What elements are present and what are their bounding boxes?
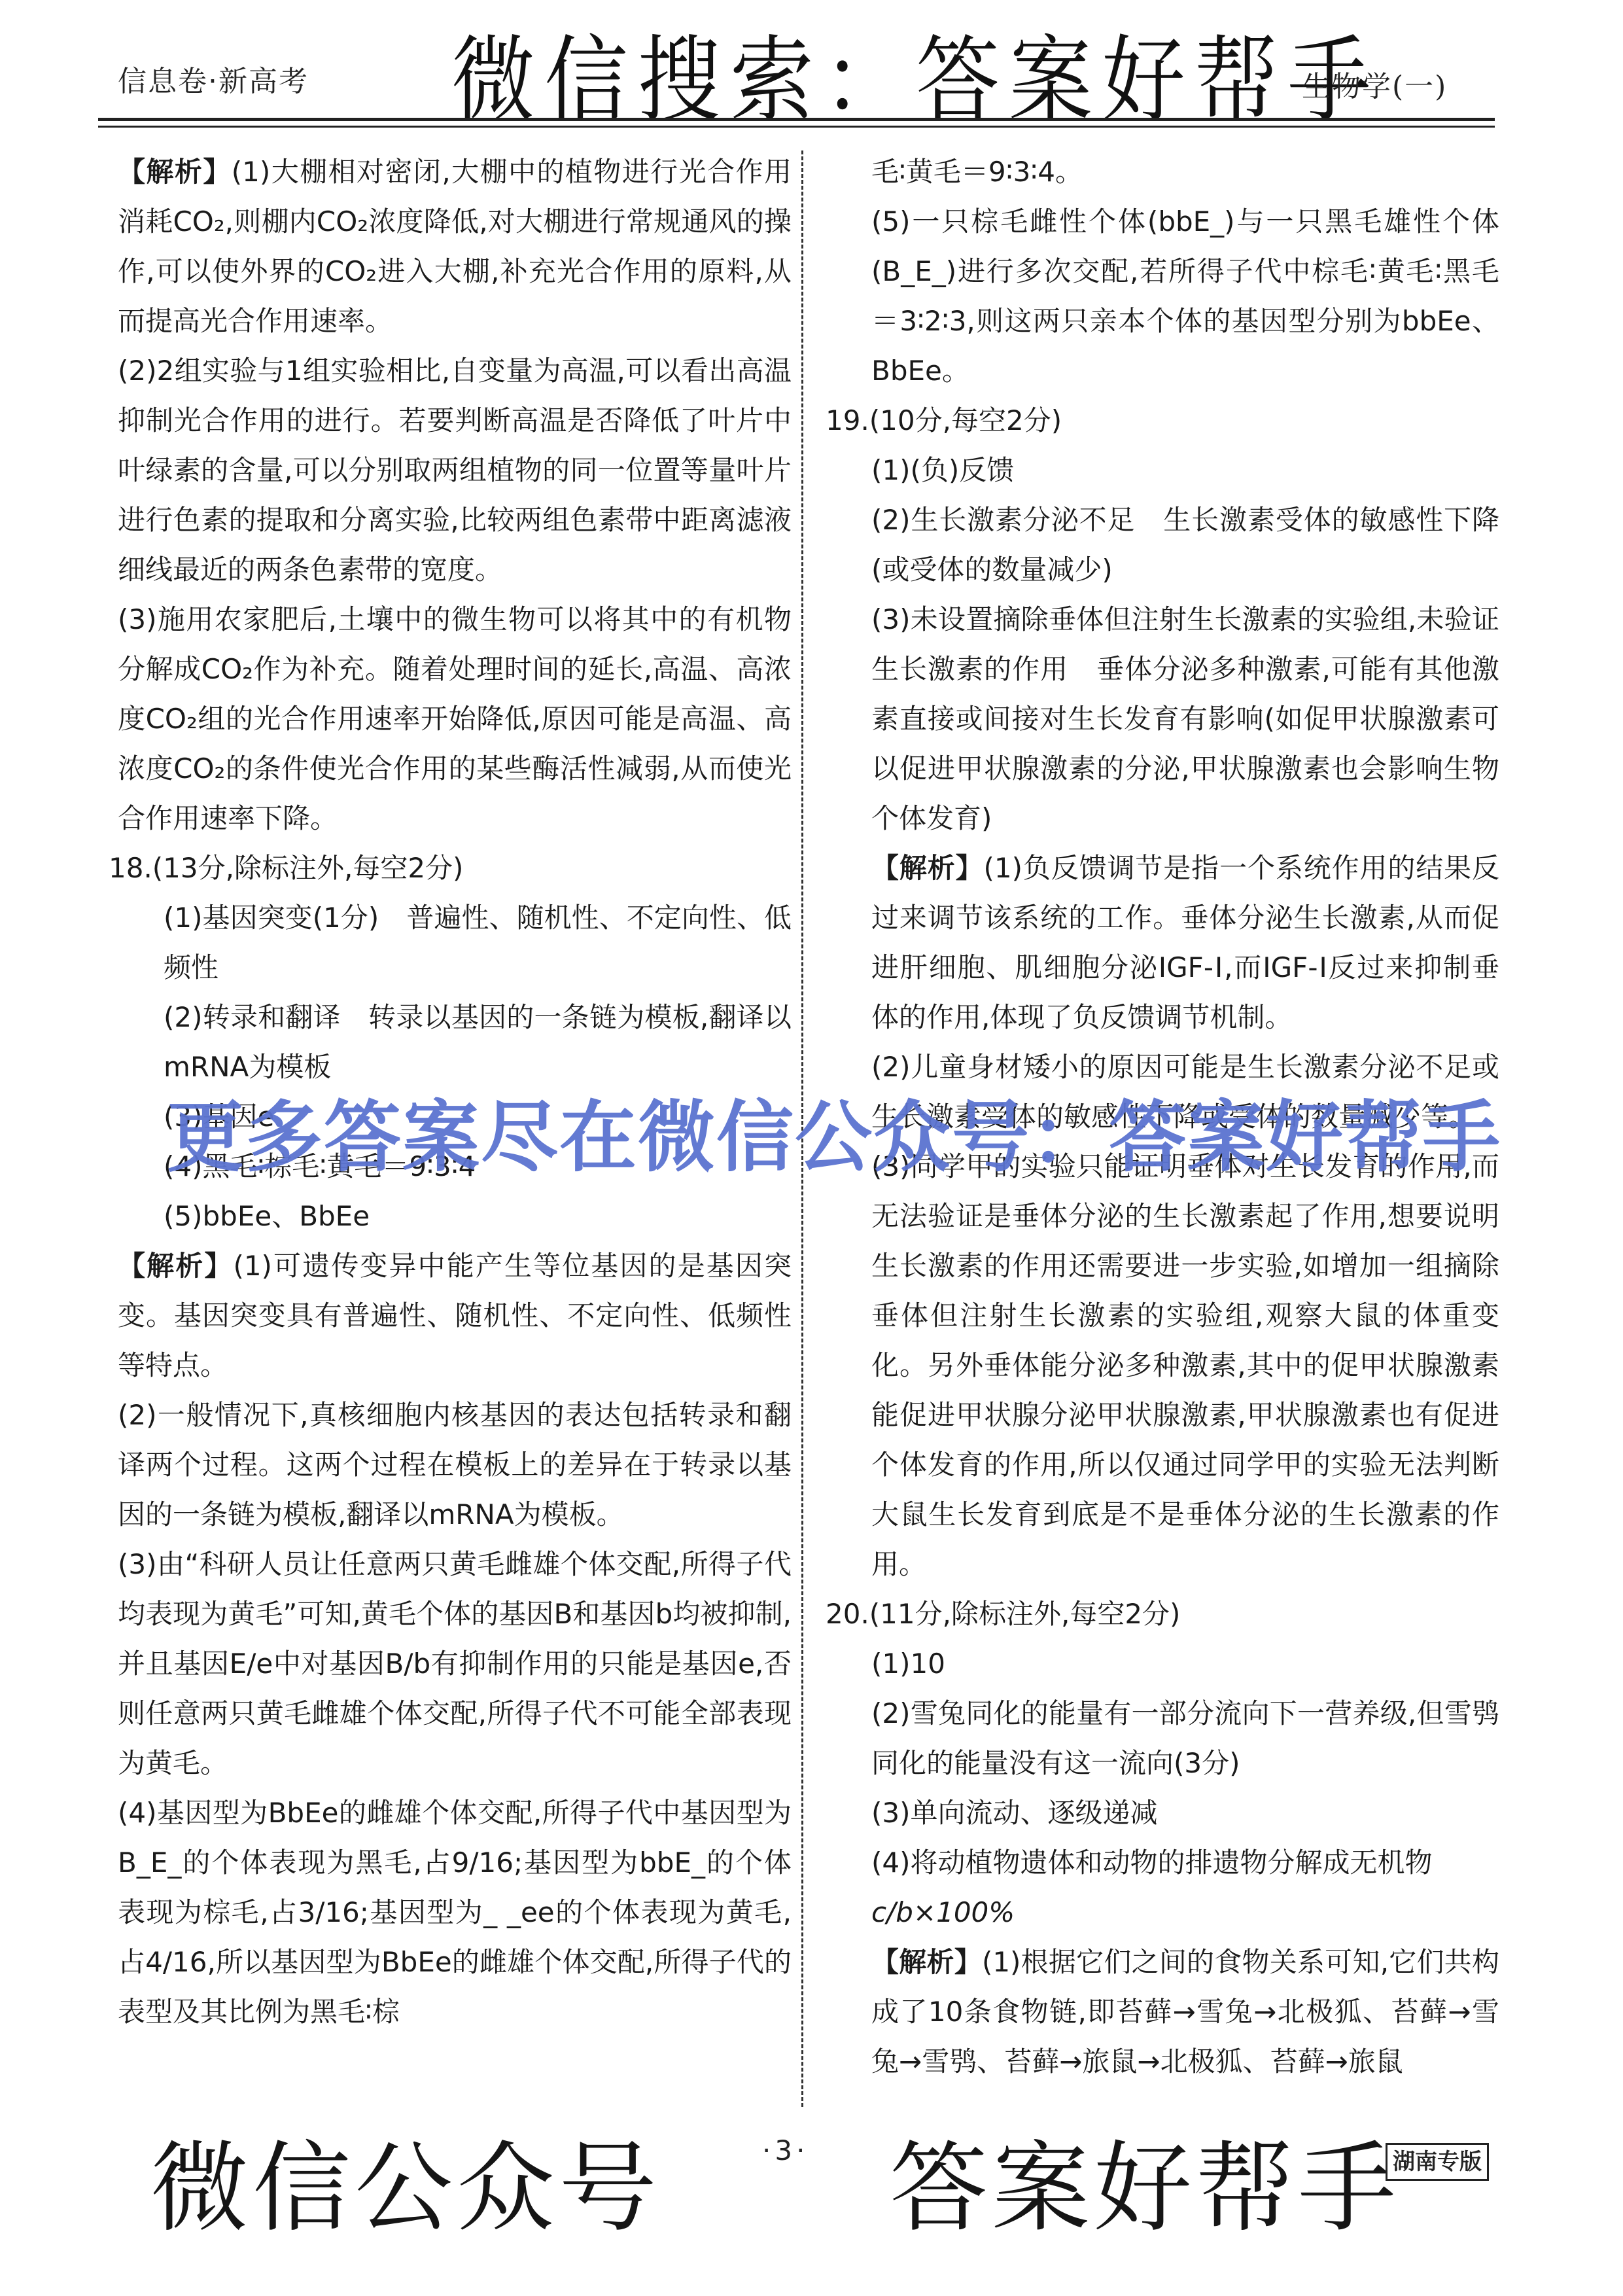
analysis-tag: 【解析】 [871,1946,982,1978]
paragraph-continuation: 毛∶黄毛＝9∶3∶4。 [826,147,1499,197]
paragraph: (3)施用农家肥后,土壤中的微生物可以将其中的有机物分解成CO₂作为补充。随着处… [118,595,792,843]
analysis-tag: 【解析】 [118,156,232,188]
answer-line: (1)(负)反馈 [826,446,1499,495]
header-subject-label: 生物学(一) [1302,63,1447,105]
answer-line: (2)雪兔同化的能量有一部分流向下一营养级,但雪鸮同化的能量没有这一流向(3分) [826,1689,1499,1788]
footer-watermark-right: 答案好帮手 [890,2127,1400,2251]
analysis-tag: 【解析】 [871,852,984,884]
answer-line: (3)未设置摘除垂体但注射生长激素的实验组,未验证生长激素的作用 垂体分泌多种激… [826,595,1499,843]
paragraph: (2)一般情况下,真核细胞内核基因的表达包括转录和翻译两个过程。这两个过程在模板… [118,1390,792,1540]
answer-line: (2)转录和翻译 转录以基因的一条链为模板,翻译以mRNA为模板 [118,993,792,1092]
answer-formula: c/b×100% [826,1888,1499,1937]
answer-line: (3)单向流动、逐级递减 [826,1788,1499,1838]
analysis-paragraph: 【解析】(1)大棚相对密闭,大棚中的植物进行光合作用消耗CO₂,则棚内CO₂浓度… [118,147,792,346]
page-number: ·3· [762,2134,809,2166]
paragraph: (2)2组实验与1组实验相比,自变量为高温,可以看出高温抑制光合作用的进行。若要… [118,346,792,595]
analysis-paragraph: 【解析】(1)可遗传变异中能产生等位基因的是基因突变。基因突变具有普遍性、随机性… [118,1241,792,1390]
paragraph: (5)一只棕毛雌性个体(bbE_)与一只黑毛雄性个体(B_E_)进行多次交配,若… [826,197,1499,396]
answer-line: (1)基因突变(1分) 普遍性、随机性、不定向性、低频性 [118,893,792,993]
paragraph: (3)由“科研人员让任意两只黄毛雌雄个体交配,所得子代均表现为黄毛”可知,黄毛个… [118,1540,792,1788]
analysis-paragraph: 【解析】(1)根据它们之间的食物关系可知,它们共构成了10条食物链,即苔藓→雪兔… [826,1937,1499,2087]
question-heading: 20.(11分,除标注外,每空2分) [826,1589,1499,1639]
analysis-tag: 【解析】 [118,1250,233,1282]
footer-watermark-left: 微信公众号 [150,2127,661,2251]
answer-line: (1)10 [826,1639,1499,1689]
answer-line: (5)bbEe、BbEe [118,1192,792,1241]
answer-line: (2)生长激素分泌不足 生长激素受体的敏感性下降(或受体的数量减少) [826,495,1499,595]
header-rule-bottom [98,126,1495,128]
header-series-label: 信息卷·新高考 [118,58,309,99]
paragraph: (3)同学甲的实验只能证明垂体对生长发育的作用,而无法验证是垂体分泌的生长激素起… [826,1142,1499,1589]
paragraph: (4)基因型为BbEe的雌雄个体交配,所得子代中基因型为B_E_的个体表现为黑毛… [118,1788,792,2037]
question-heading: 19.(10分,每空2分) [826,396,1499,446]
analysis-paragraph: 【解析】(1)负反馈调节是指一个系统作用的结果反过来调节该系统的工作。垂体分泌生… [826,843,1499,1042]
header-rule-top [98,118,1495,121]
question-heading: 18.(13分,除标注外,每空2分) [109,843,792,893]
watermark-banner: 更多答案尽在微信公众号：答案好帮手 [167,1091,1501,1183]
edition-badge: 湖南专版 [1386,2143,1489,2181]
answer-line: (4)将动植物遗体和动物的排遗物分解成无机物 [826,1838,1499,1888]
